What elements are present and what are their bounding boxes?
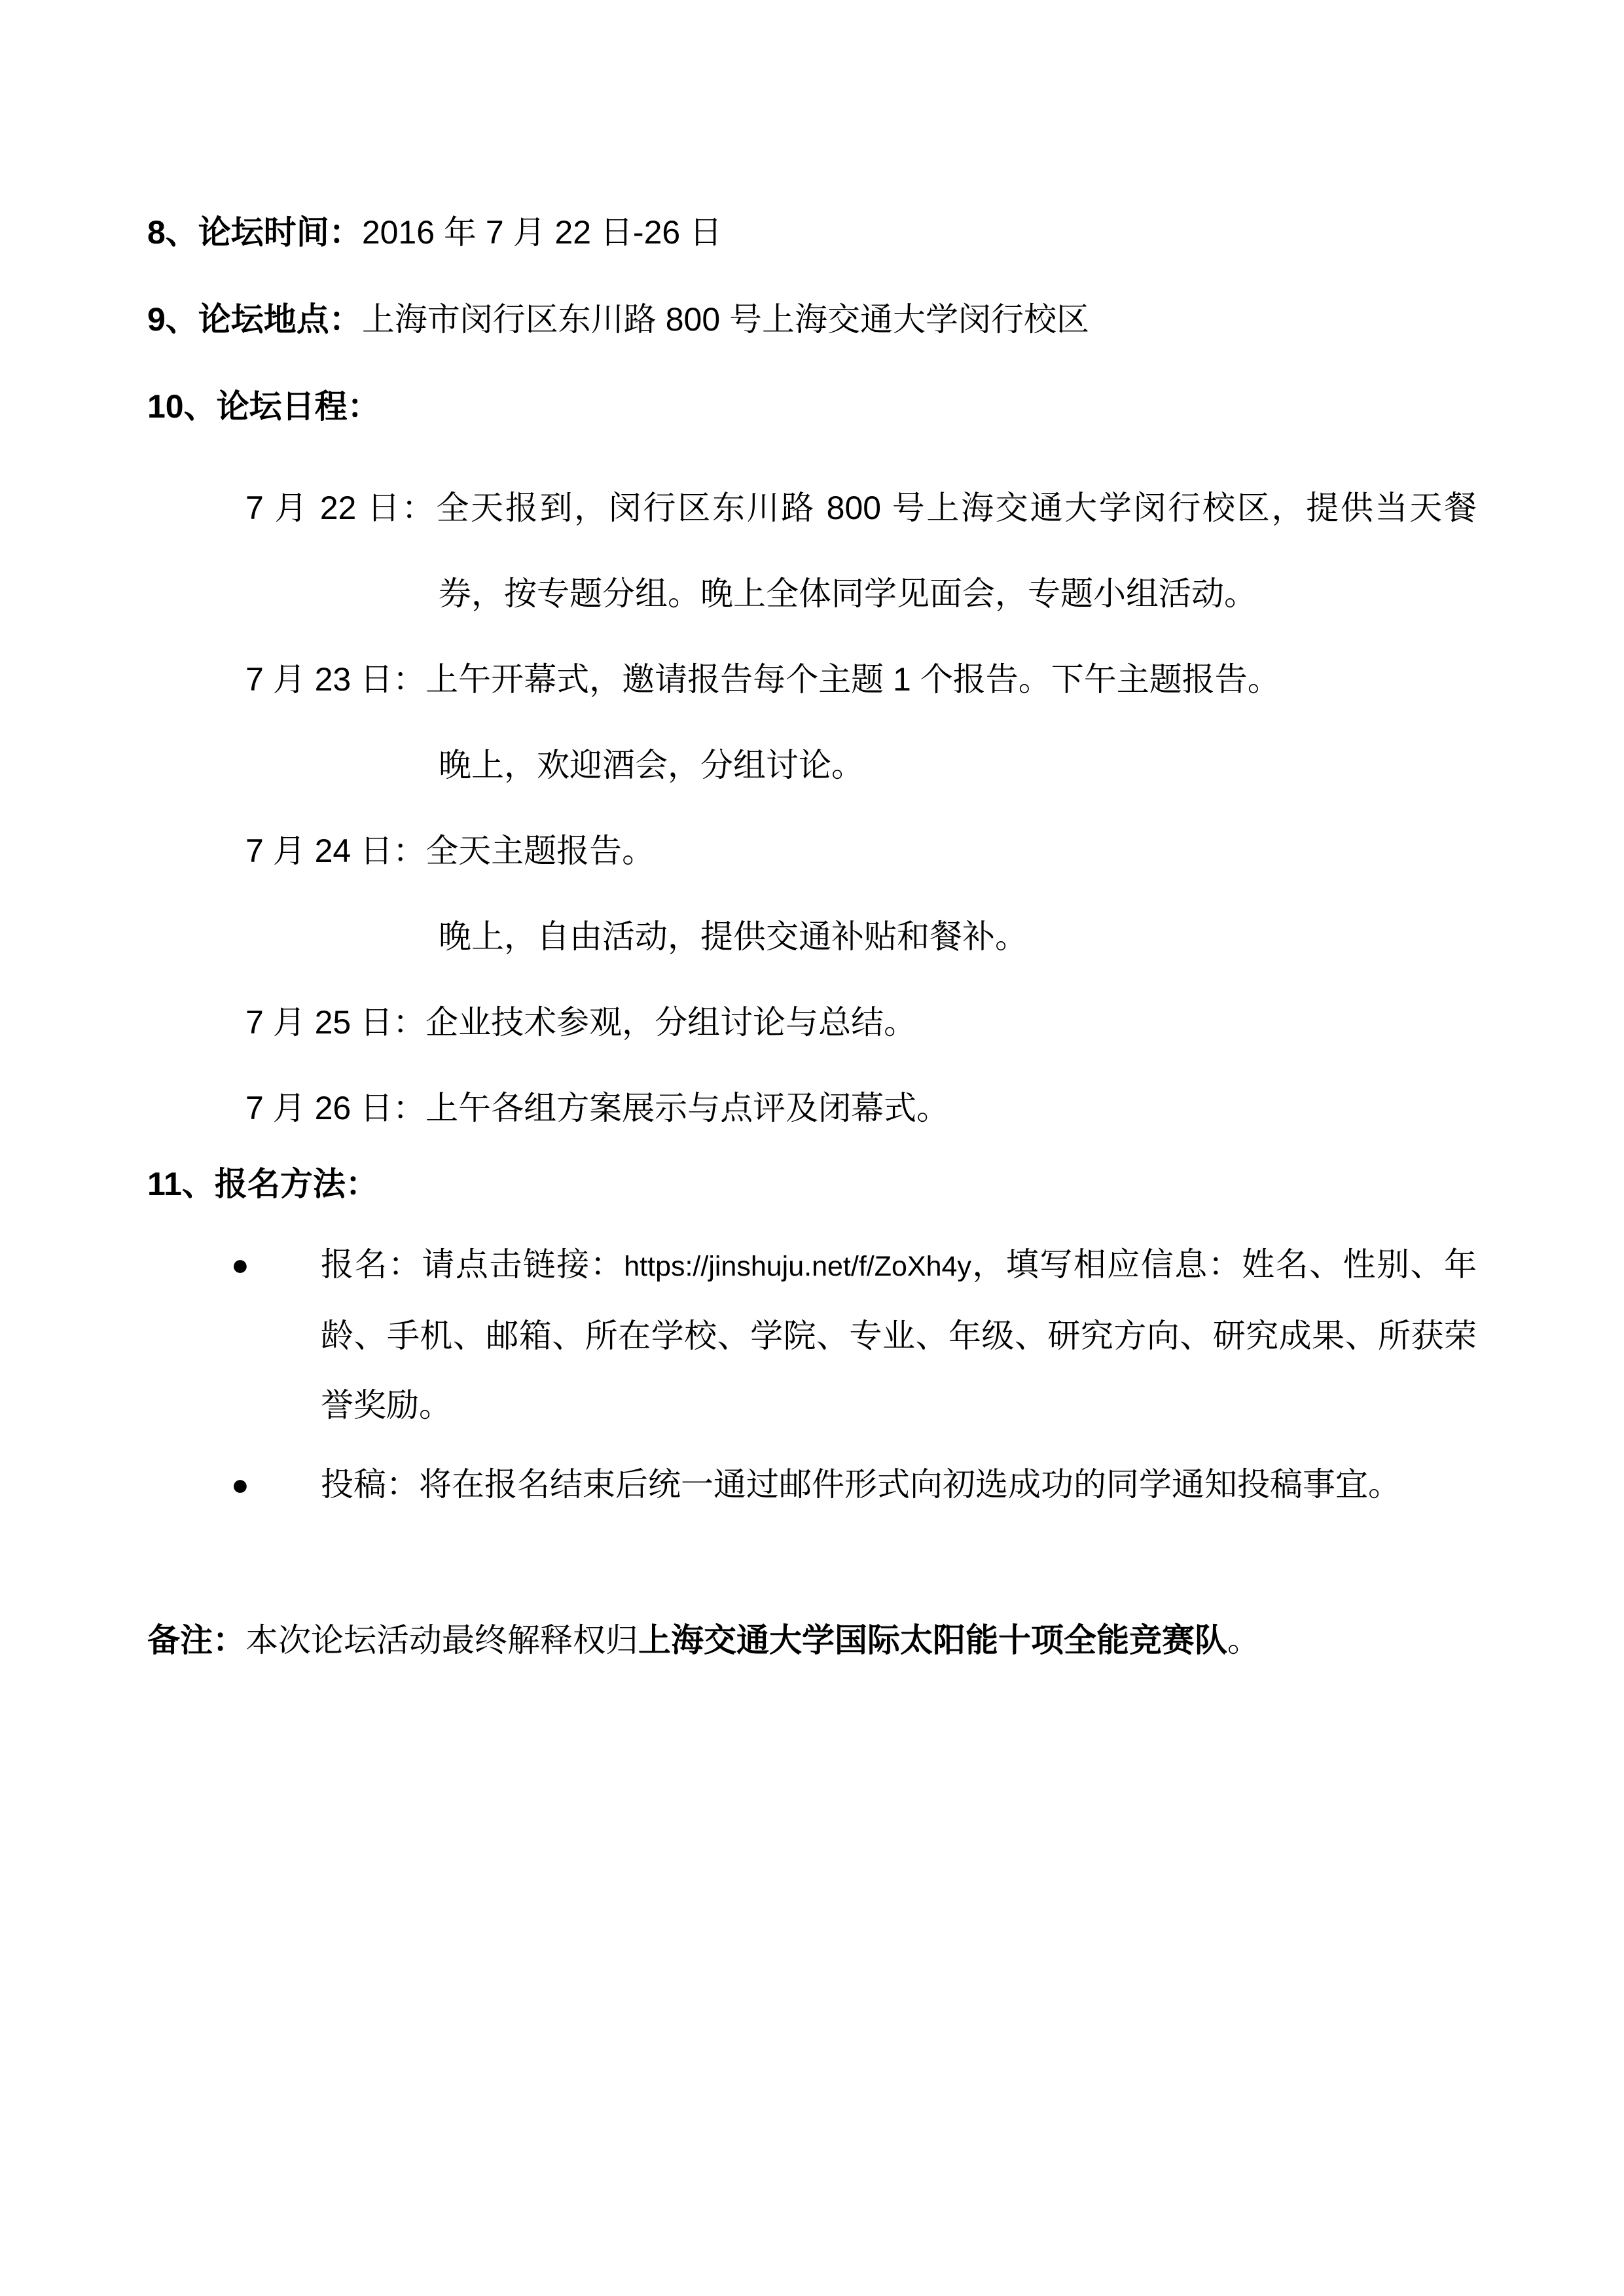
document-page: 8、论坛时间：2016 年 7 月 22 日-26 日 9、论坛地点：上海市闵行…	[0, 0, 1624, 2296]
bullet-icon: ●	[231, 1230, 249, 1299]
schedule-entry-jul26: 7 月 26 日：上午各组方案展示与点评及闭幕式。	[147, 1066, 1477, 1151]
schedule-date-label: 7 月 23 日：	[245, 661, 425, 698]
bullet-signup-prefix: 报名：请点击链接：	[321, 1246, 624, 1283]
note-text: 本次论坛活动最终解释权归	[245, 1622, 638, 1659]
schedule-text-continued: 晚上，欢迎酒会，分组讨论。	[439, 723, 1477, 808]
schedule-entry-jul25: 7 月 25 日：企业技术参观，分组讨论与总结。	[147, 980, 1477, 1066]
schedule-date-label: 7 月 24 日：	[245, 833, 425, 869]
schedule-text: 企业技术参观，分组讨论与总结。	[425, 1004, 916, 1041]
bullet-submission: ●投稿：将在报名结束后统一通过邮件形式向初选成功的同学通知投稿事宜。	[147, 1450, 1477, 1519]
schedule-text: 上午各组方案展示与点评及闭幕式。	[425, 1090, 949, 1126]
item-9-text: 上海市闵行区东川路 800 号上海交通大学闵行校区	[362, 301, 1089, 338]
item-11-signup-method: 11、报名方法：	[147, 1161, 1477, 1207]
note-label: 备注：	[147, 1622, 245, 1659]
schedule-text: 全天主题报告。	[425, 833, 655, 869]
signup-link[interactable]: https://jinshuju.net/f/ZoXh4y	[624, 1251, 971, 1282]
item-8-forum-time: 8、论坛时间：2016 年 7 月 22 日-26 日	[147, 209, 1477, 255]
item-9-label: 9、论坛地点：	[147, 301, 362, 338]
item-11-label: 11、报名方法：	[147, 1166, 378, 1202]
note-period: 。	[1227, 1622, 1260, 1659]
schedule-text: 按专题分组。晚上全体同学见面会，专题小组活动。	[504, 575, 1257, 612]
schedule-list: 7 月 22 日：全天报到，闵行区东川路 800 号上海交通大学闵行校区，提供当…	[147, 465, 1477, 1151]
item-8-label: 8、论坛时间：	[147, 214, 362, 251]
note-team-name: 上海交通大学国际太阳能十项全能竞赛队	[638, 1622, 1227, 1659]
bullet-list: ●报名：请点击链接：https://jinshuju.net/f/ZoXh4y，…	[147, 1230, 1477, 1519]
schedule-text: 上午开幕式，邀请报告每个主题 1 个报告。下午主题报告。	[425, 661, 1280, 698]
schedule-date-label: 7 月 25 日：	[245, 1004, 425, 1041]
item-10-label: 10、论坛日程：	[147, 388, 380, 425]
document-content: 8、论坛时间：2016 年 7 月 22 日-26 日 9、论坛地点：上海市闵行…	[147, 209, 1477, 1663]
schedule-entry-jul24: 7 月 24 日：全天主题报告。 晚上，自由活动，提供交通补贴和餐补。	[147, 808, 1477, 980]
item-9-forum-location: 9、论坛地点：上海市闵行区东川路 800 号上海交通大学闵行校区	[147, 296, 1477, 342]
bullet-signup: ●报名：请点击链接：https://jinshuju.net/f/ZoXh4y，…	[147, 1230, 1477, 1440]
item-8-text: 2016 年 7 月 22 日-26 日	[362, 214, 722, 251]
schedule-date-label: 7 月 26 日：	[245, 1090, 425, 1126]
bullet-icon: ●	[231, 1450, 249, 1519]
schedule-date-label: 7 月 22 日：	[245, 490, 436, 526]
bullet-submission-text: 投稿：将在报名结束后统一通过邮件形式向初选成功的同学通知投稿事宜。	[321, 1466, 1401, 1503]
schedule-entry-jul23: 7 月 23 日：上午开幕式，邀请报告每个主题 1 个报告。下午主题报告。 晚上…	[147, 637, 1477, 808]
schedule-entry-jul22: 7 月 22 日：全天报到，闵行区东川路 800 号上海交通大学闵行校区，提供当…	[147, 465, 1477, 637]
schedule-text-continued: 晚上，自由活动，提供交通补贴和餐补。	[439, 894, 1477, 980]
item-10-forum-agenda: 10、论坛日程：	[147, 384, 1477, 429]
footer-note: 备注：本次论坛活动最终解释权归上海交通大学国际太阳能十项全能竞赛队。	[147, 1617, 1477, 1663]
